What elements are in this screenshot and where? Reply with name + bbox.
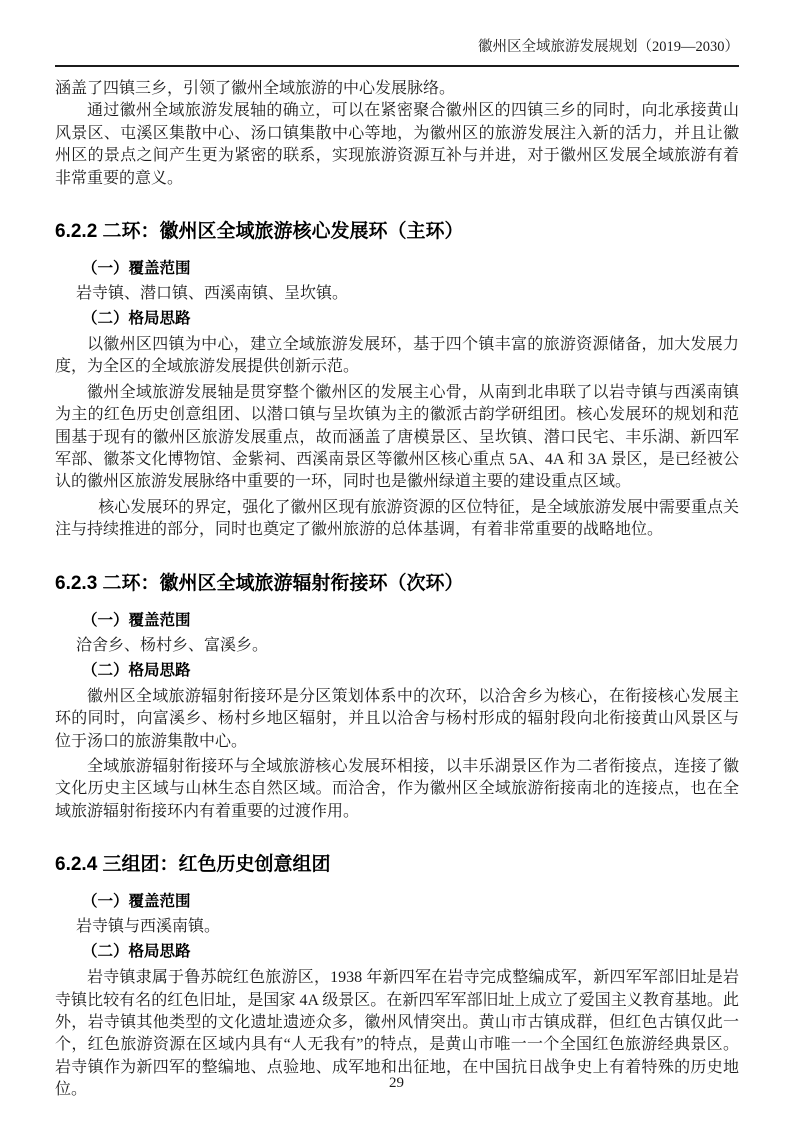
section-6-2-3: 6.2.3 二环：徽州区全域旅游辐射衔接环（次环） （一）覆盖范围 洽舍乡、杨村…: [55, 572, 739, 823]
paragraph: 徽州全域旅游发展轴是贯穿整个徽州区的发展主心骨，从南到北串联了以岩寺镇与西溪南镇…: [55, 382, 739, 494]
subheading-cover-range: （一）覆盖范围: [82, 608, 739, 633]
paragraph: 全域旅游辐射衔接环与全域旅游核心发展环相接，以丰乐湖景区作为二者衔接点，连接了徽…: [55, 756, 739, 823]
document-page: 徽州区全域旅游发展规划（2019—2030） 涵盖了四镇三乡，引领了徽州全域旅游…: [0, 0, 793, 1122]
subheading-layout-idea: （二）格局思路: [82, 939, 739, 964]
section-heading: 6.2.2 二环：徽州区全域旅游核心发展环（主环）: [55, 220, 739, 243]
cover-range-text: 岩寺镇与西溪南镇。: [76, 914, 739, 939]
cover-range-text: 岩寺镇、潜口镇、西溪南镇、呈坎镇。: [76, 281, 739, 306]
section-6-2-2: 6.2.2 二环：徽州区全域旅游核心发展环（主环） （一）覆盖范围 岩寺镇、潜口…: [55, 220, 739, 542]
subheading-layout-idea: （二）格局思路: [82, 658, 739, 683]
page-body: 徽州区全域旅游发展规划（2019—2030） 涵盖了四镇三乡，引领了徽州全域旅游…: [55, 38, 739, 1102]
subheading-cover-range: （一）覆盖范围: [82, 256, 739, 281]
paragraph: 涵盖了四镇三乡，引领了徽州全域旅游的中心发展脉络。: [55, 78, 739, 100]
subheading-cover-range: （一）覆盖范围: [82, 889, 739, 914]
page-number: 29: [389, 1075, 404, 1091]
section-6-2-4: 6.2.4 三组团：红色历史创意组团 （一）覆盖范围 岩寺镇与西溪南镇。 （二）…: [55, 853, 739, 1101]
paragraph: 通过徽州全域旅游发展轴的确立，可以在紧密聚合徽州区的四镇三乡的同时，向北承接黄山…: [55, 100, 739, 190]
page-footer: 29: [0, 1075, 793, 1092]
section-heading: 6.2.4 三组团：红色历史创意组团: [55, 853, 739, 876]
cover-range-text: 洽舍乡、杨村乡、富溪乡。: [76, 633, 739, 658]
running-title: 徽州区全域旅游发展规划（2019—2030）: [478, 39, 739, 55]
paragraph: 徽州区全域旅游辐射衔接环是分区策划体系中的次环，以洽舍乡为核心，在衔接核心发展主…: [55, 686, 739, 753]
paragraph: 以徽州区四镇为中心，建立全域旅游发展环，基于四个镇丰富的旅游资源储备，加大发展力…: [55, 334, 739, 379]
subheading-layout-idea: （二）格局思路: [82, 306, 739, 331]
page-header: 徽州区全域旅游发展规划（2019—2030）: [55, 38, 739, 67]
section-heading: 6.2.3 二环：徽州区全域旅游辐射衔接环（次环）: [55, 572, 739, 595]
paragraph: 核心发展环的界定，强化了徽州区现有旅游资源的区位特征，是全域旅游发展中需要重点关…: [55, 497, 739, 542]
